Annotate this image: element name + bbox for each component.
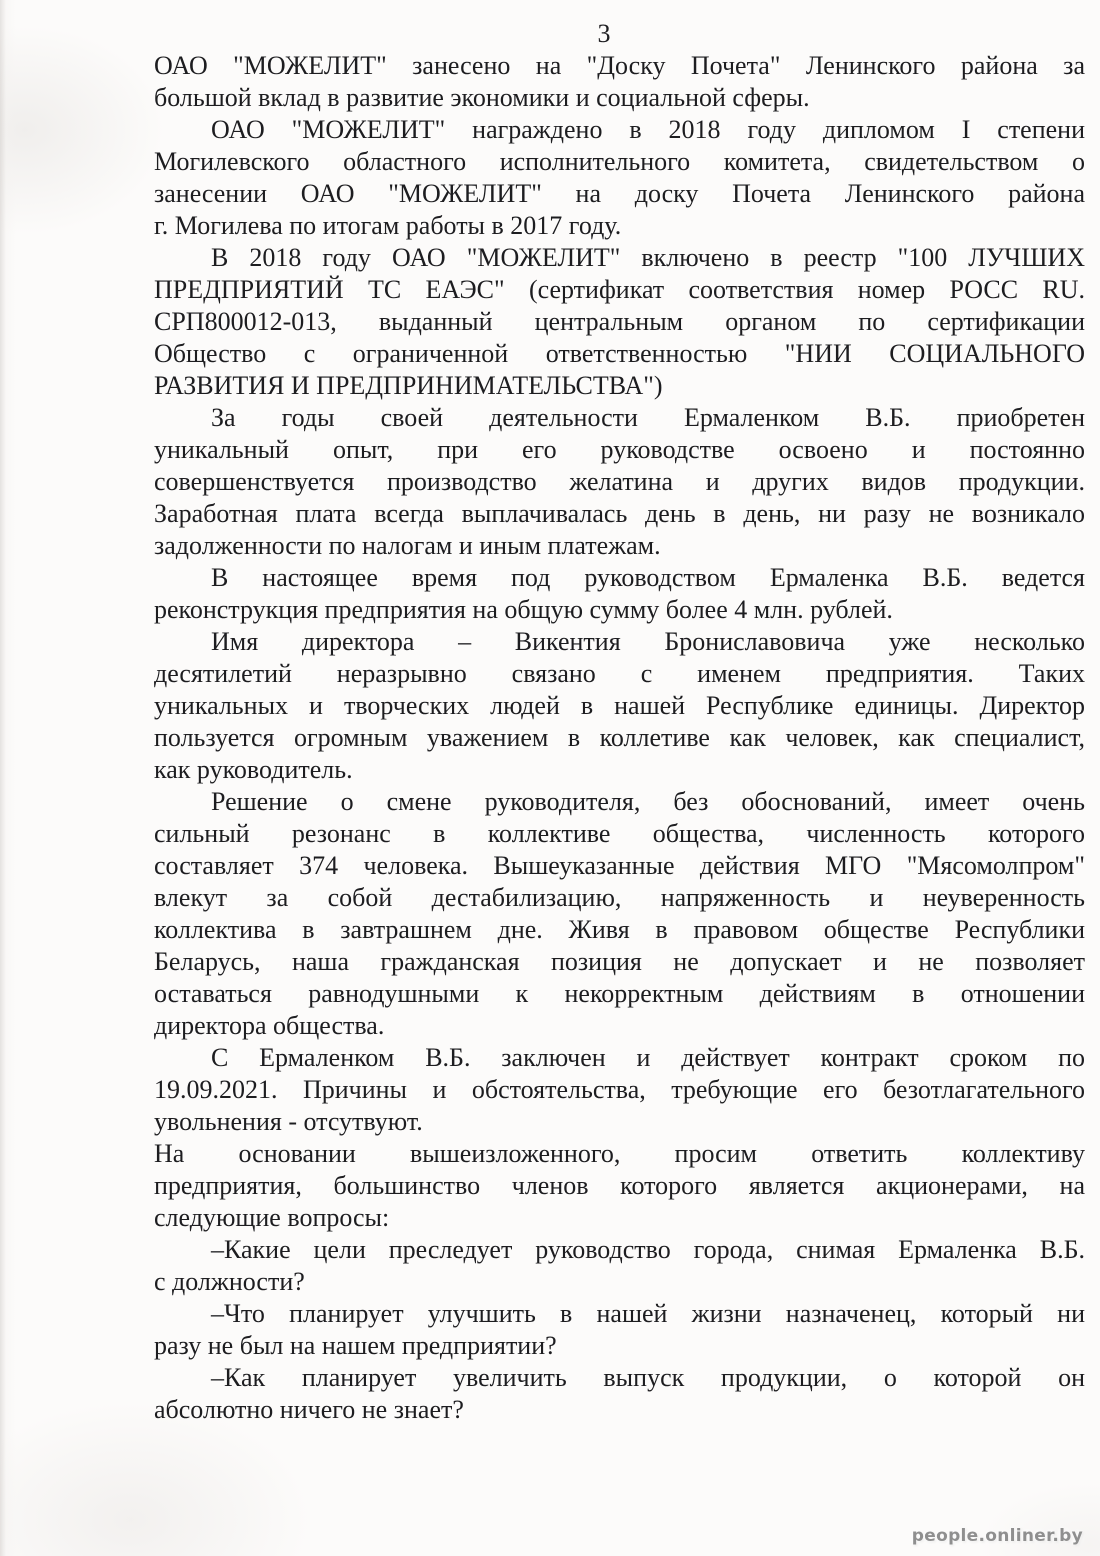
- text-line: Беларусь, наша гражданская позиция не до…: [154, 946, 1085, 978]
- text-line: уникальный опыт, при его руководстве осв…: [154, 434, 1085, 466]
- text-line: разу не был на нашем предприятии?: [154, 1330, 1085, 1362]
- text-line: –Какие цели преследует руководство город…: [154, 1234, 1085, 1266]
- text-line: –Как планирует увеличить выпуск продукци…: [154, 1362, 1085, 1394]
- text-line: пользуется огромным уважением в коллетив…: [154, 722, 1085, 754]
- text-line: В 2018 году ОАО "МОЖЕЛИТ" включено в рее…: [154, 242, 1085, 274]
- text-line: десятилетий неразрывно связано с именем …: [154, 658, 1085, 690]
- text-line: увольнения - отсутвуют.: [154, 1106, 1085, 1138]
- paragraph: На основании вышеизложенного, просим отв…: [154, 1138, 1085, 1234]
- text-line: коллектива в завтрашнем дне. Живя в прав…: [154, 914, 1085, 946]
- paragraph: –Как планирует увеличить выпуск продукци…: [154, 1362, 1085, 1426]
- text-line: г. Могилева по итогам работы в 2017 году…: [154, 210, 1085, 242]
- paragraph: ОАО "МОЖЕЛИТ" занесено на "Доску Почета"…: [154, 50, 1085, 114]
- text-line: –Что планирует улучшить в нашей жизни на…: [154, 1298, 1085, 1330]
- paragraph: В настоящее время под руководством Ермал…: [154, 562, 1085, 626]
- text-line: ПРЕДПРИЯТИЙ ТС ЕАЭС" (сертификат соответ…: [154, 274, 1085, 306]
- text-line: За годы своей деятельности Ермаленком В.…: [154, 402, 1085, 434]
- text-line: На основании вышеизложенного, просим отв…: [154, 1138, 1085, 1170]
- text-line: составляет 374 человека. Вышеуказанные д…: [154, 850, 1085, 882]
- text-line: абсолютно ничего не знает?: [154, 1394, 1085, 1426]
- paragraph: Решение о смене руководителя, без обосно…: [154, 786, 1085, 1042]
- watermark: people.onliner.by: [912, 1526, 1083, 1546]
- text-line: С Ермаленком В.Б. заключен и действует к…: [154, 1042, 1085, 1074]
- text-line: Могилевского областного исполнительного …: [154, 146, 1085, 178]
- document-body: ОАО "МОЖЕЛИТ" занесено на "Доску Почета"…: [154, 50, 1085, 1426]
- text-line: Решение о смене руководителя, без обосно…: [154, 786, 1085, 818]
- text-line: совершенствуется производство желатина и…: [154, 466, 1085, 498]
- paragraph: С Ермаленком В.Б. заключен и действует к…: [154, 1042, 1085, 1138]
- text-line: реконструкция предприятия на общую сумму…: [154, 594, 1085, 626]
- paragraph: В 2018 году ОАО "МОЖЕЛИТ" включено в рее…: [154, 242, 1085, 402]
- text-line: Имя директора – Викентия Брониславовича …: [154, 626, 1085, 658]
- paragraph: ОАО "МОЖЕЛИТ" награждено в 2018 году дип…: [154, 114, 1085, 242]
- text-line: РАЗВИТИЯ И ПРЕДПРИНИМАТЕЛЬСТВА"): [154, 370, 1085, 402]
- text-line: уникальных и творческих людей в нашей Ре…: [154, 690, 1085, 722]
- text-line: ОАО "МОЖЕЛИТ" награждено в 2018 году дип…: [154, 114, 1085, 146]
- text-line: сильный резонанс в коллективе общества, …: [154, 818, 1085, 850]
- text-line: следующие вопросы:: [154, 1202, 1085, 1234]
- paragraph: За годы своей деятельности Ермаленком В.…: [154, 402, 1085, 562]
- paragraph: Имя директора – Викентия Брониславовича …: [154, 626, 1085, 786]
- page-number: 3: [154, 18, 1054, 50]
- text-line: предприятия, большинство членов которого…: [154, 1170, 1085, 1202]
- text-line: как руководитель.: [154, 754, 1085, 786]
- text-line: ОАО "МОЖЕЛИТ" занесено на "Доску Почета"…: [154, 50, 1085, 82]
- text-line: директора общества.: [154, 1010, 1085, 1042]
- text-line: СРП800012-013, выданный центральным орга…: [154, 306, 1085, 338]
- text-line: Общество с ограниченной ответственностью…: [154, 338, 1085, 370]
- text-line: В настоящее время под руководством Ермал…: [154, 562, 1085, 594]
- text-line: Заработная плата всегда выплачивалась де…: [154, 498, 1085, 530]
- text-line: 19.09.2021. Причины и обстоятельства, тр…: [154, 1074, 1085, 1106]
- text-line: задолженности по налогам и иным платежам…: [154, 530, 1085, 562]
- paragraph: –Что планирует улучшить в нашей жизни на…: [154, 1298, 1085, 1362]
- scanned-document-page: 3 ОАО "МОЖЕЛИТ" занесено на "Доску Почет…: [0, 0, 1100, 1556]
- text-line: оставаться равнодушными к некорректным д…: [154, 978, 1085, 1010]
- text-line: влекут за собой дестабилизацию, напряжен…: [154, 882, 1085, 914]
- text-line: занесении ОАО "МОЖЕЛИТ" на доску Почета …: [154, 178, 1085, 210]
- text-line: с должности?: [154, 1266, 1085, 1298]
- text-line: большой вклад в развитие экономики и соц…: [154, 82, 1085, 114]
- paragraph: –Какие цели преследует руководство город…: [154, 1234, 1085, 1298]
